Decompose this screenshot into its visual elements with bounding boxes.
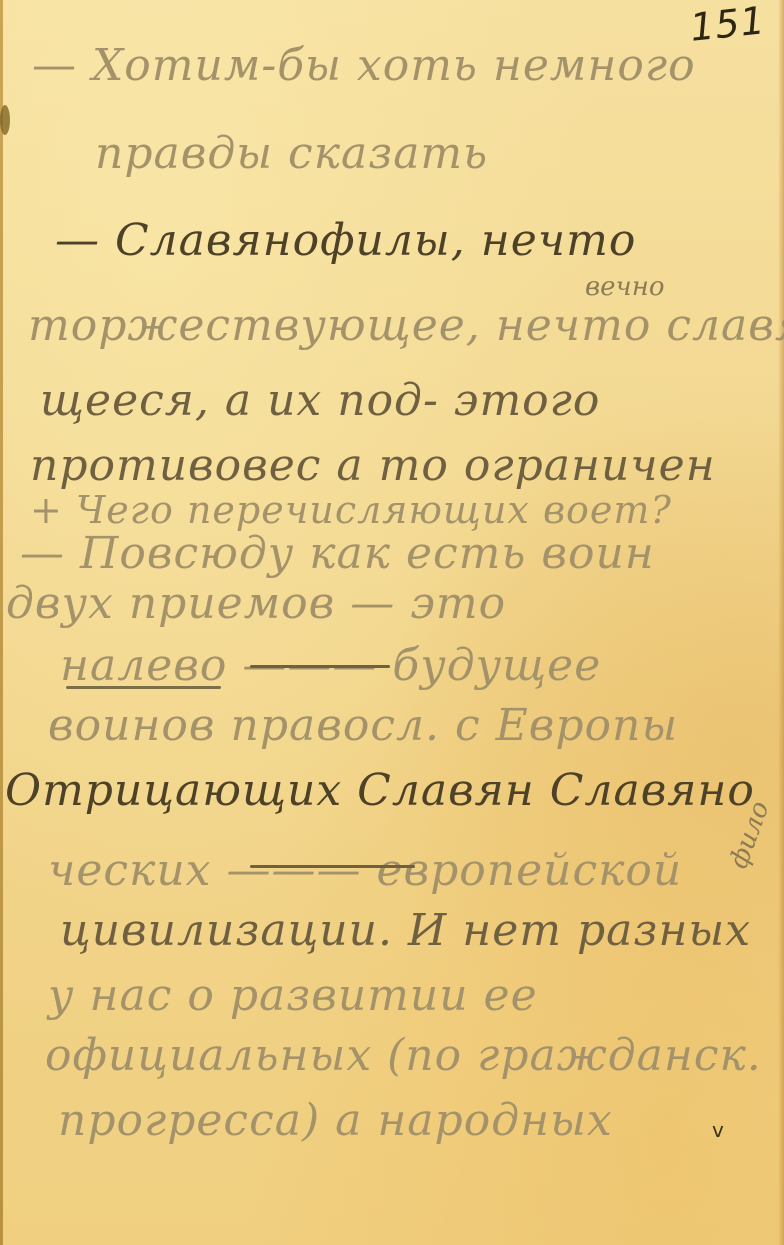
manuscript-line: — Повсюду как есть воин — [20, 528, 655, 579]
folio-number: 151 — [688, 0, 768, 50]
manuscript-line: Отрицающих Славян Славяно — [5, 765, 755, 816]
manuscript-line: цивилизации. И нет разных — [60, 905, 751, 956]
manuscript-line: прогресса) a народных — [58, 1095, 613, 1146]
manuscript-line: — Славянофилы, нечто — [55, 215, 636, 266]
manuscript-line: ческих ——— европейской — [48, 845, 682, 896]
manuscript-line: правды сказать — [95, 128, 488, 179]
manuscript-line: торжествующее, нечто славя- — [28, 300, 784, 351]
ink-stain — [0, 105, 10, 135]
strikethrough — [250, 865, 415, 868]
manuscript-page: 151 — Хотим-бы хоть немного правды сказа… — [0, 0, 784, 1245]
manuscript-line: официальных (по гражданск. — [45, 1030, 762, 1081]
page-left-edge — [0, 0, 3, 1245]
manuscript-line: воинов правосл. с Европы — [48, 700, 678, 751]
check-mark: v — [712, 1118, 724, 1142]
page-right-edge — [778, 0, 784, 1245]
manuscript-line: двух приемов — это — [6, 578, 506, 629]
manuscript-line: противовес а то ограничен — [30, 440, 716, 491]
interlinear-insertion: вечно — [585, 272, 664, 302]
underline — [66, 686, 221, 689]
manuscript-line: + Чего перечисляющих воет? — [30, 488, 672, 532]
strikethrough — [250, 665, 390, 668]
manuscript-line: у нас о развитии ее — [48, 970, 538, 1021]
manuscript-line: щееся, а их под- этого — [40, 375, 600, 426]
manuscript-line: — Хотим-бы хоть немного — [32, 40, 696, 91]
